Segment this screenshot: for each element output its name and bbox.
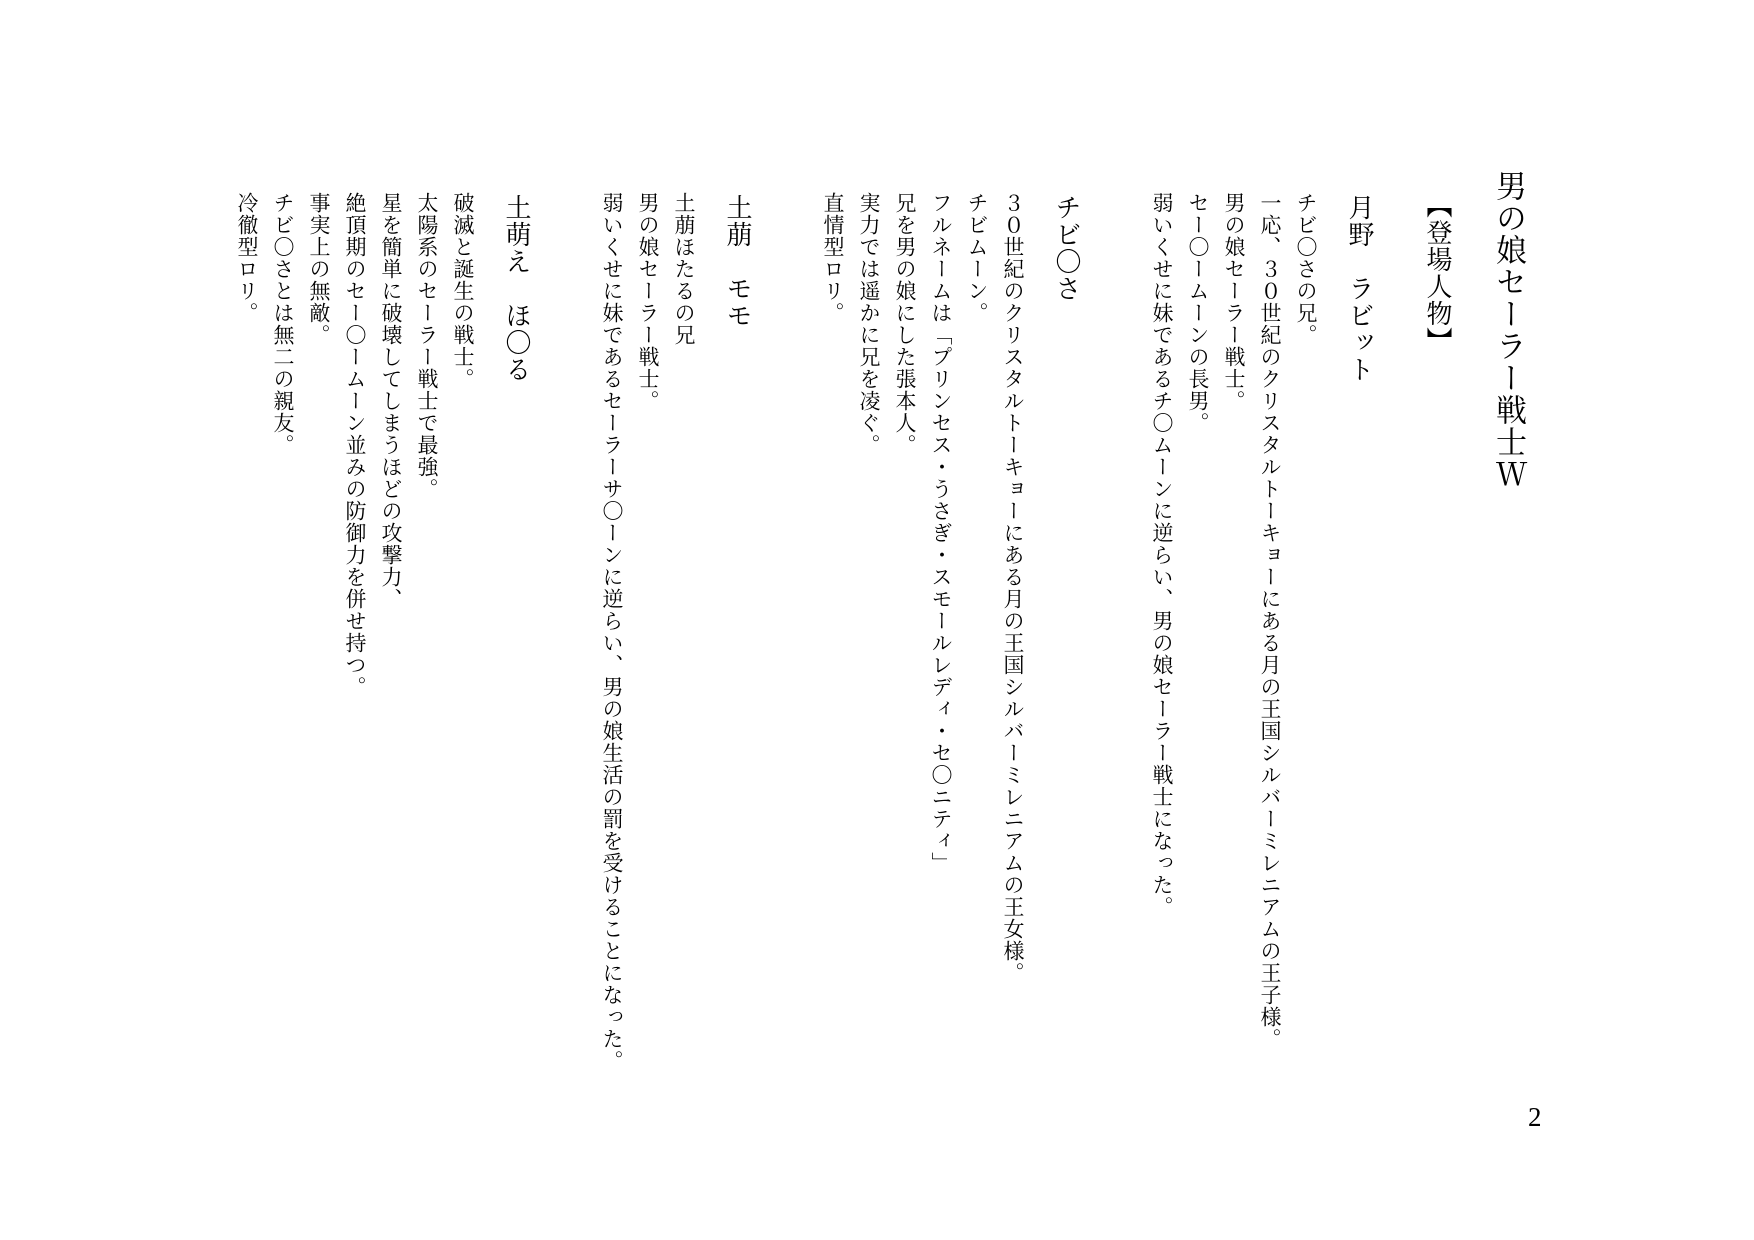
profile-line: 兄を男の娘にした張本人。	[887, 170, 923, 1210]
profile-line: セー〇ームーンの長男。	[1180, 170, 1216, 1210]
profile-line: ３０世紀のクリスタルトーキョーにある月の王国シルバーミレニアムの王女様。	[995, 170, 1031, 1210]
character-section-tsukino-rabbit: 月野 ラビット チビ〇さの兄。 一応、３０世紀のクリスタルトーキョーにある月の王…	[1144, 170, 1379, 1210]
profile-line: 一応、３０世紀のクリスタルトーキョーにある月の王国シルバーミレニアムの王子様。	[1252, 170, 1288, 1210]
character-name: 土萌え ほ〇る	[496, 170, 536, 1210]
document-page: 男の娘セーラー戦士Ｗ 【登場人物】 月野 ラビット チビ〇さの兄。 一応、３０世…	[0, 0, 1754, 1240]
profile-line: 土萠ほたるの兄	[666, 170, 702, 1210]
profile-line: 太陽系のセーラー戦士で最強。	[409, 170, 445, 1210]
profile-line: 冷徹型ロリ。	[229, 170, 265, 1210]
character-section-tomoe-momo: 土萠 モモ 土萠ほたるの兄 男の娘セーラー戦士。 弱いくせに妹であるセーラーサ〇…	[594, 170, 757, 1210]
profile-line: 破滅と誕生の戦士。	[445, 170, 481, 1210]
profile-line: 直情型ロリ。	[815, 170, 851, 1210]
profile-line: 弱いくせに妹であるチ〇ムーンに逆らい、男の娘セーラー戦士になった。	[1144, 170, 1180, 1210]
vertical-text-block: 男の娘セーラー戦士Ｗ 【登場人物】 月野 ラビット チビ〇さの兄。 一応、３０世…	[229, 170, 1530, 1210]
character-name: チビ〇さ	[1046, 170, 1086, 1210]
profile-line: フルネームは「プリンセス・うさぎ・スモールレディ・セ〇ニティ」	[923, 170, 959, 1210]
profile-line: 事実上の無敵。	[301, 170, 337, 1210]
character-name: 月野 ラビット	[1339, 170, 1379, 1210]
profile-line: 星を簡単に破壊してしまうほどの攻撃力、	[373, 170, 409, 1210]
page-number: 2	[1528, 1104, 1542, 1131]
profile-line: 男の娘セーラー戦士。	[1216, 170, 1252, 1210]
profile-line: チビ〇さの兄。	[1288, 170, 1324, 1210]
character-name: 土萠 モモ	[717, 170, 757, 1210]
character-section-tomoe-hotaru: 土萌え ほ〇る 破滅と誕生の戦士。 太陽系のセーラー戦士で最強。 星を簡単に破壊…	[229, 170, 536, 1210]
cast-section-header: 【登場人物】	[1417, 170, 1457, 1210]
profile-line: 男の娘セーラー戦士。	[630, 170, 666, 1210]
character-section-chibiusa: チビ〇さ ３０世紀のクリスタルトーキョーにある月の王国シルバーミレニアムの王女様…	[815, 170, 1086, 1210]
profile-line: 弱いくせに妹であるセーラーサ〇ーンに逆らい、男の娘生活の罰を受けることになった。	[594, 170, 630, 1210]
profile-line: チビ〇さとは無二の親友。	[265, 170, 301, 1210]
profile-line: チビムーン。	[959, 170, 995, 1210]
profile-line: 実力では遥かに兄を凌ぐ。	[851, 170, 887, 1210]
profile-line: 絶頂期のセー〇ームーン並みの防御力を併せ持つ。	[337, 170, 373, 1210]
document-title: 男の娘セーラー戦士Ｗ	[1486, 170, 1530, 1210]
